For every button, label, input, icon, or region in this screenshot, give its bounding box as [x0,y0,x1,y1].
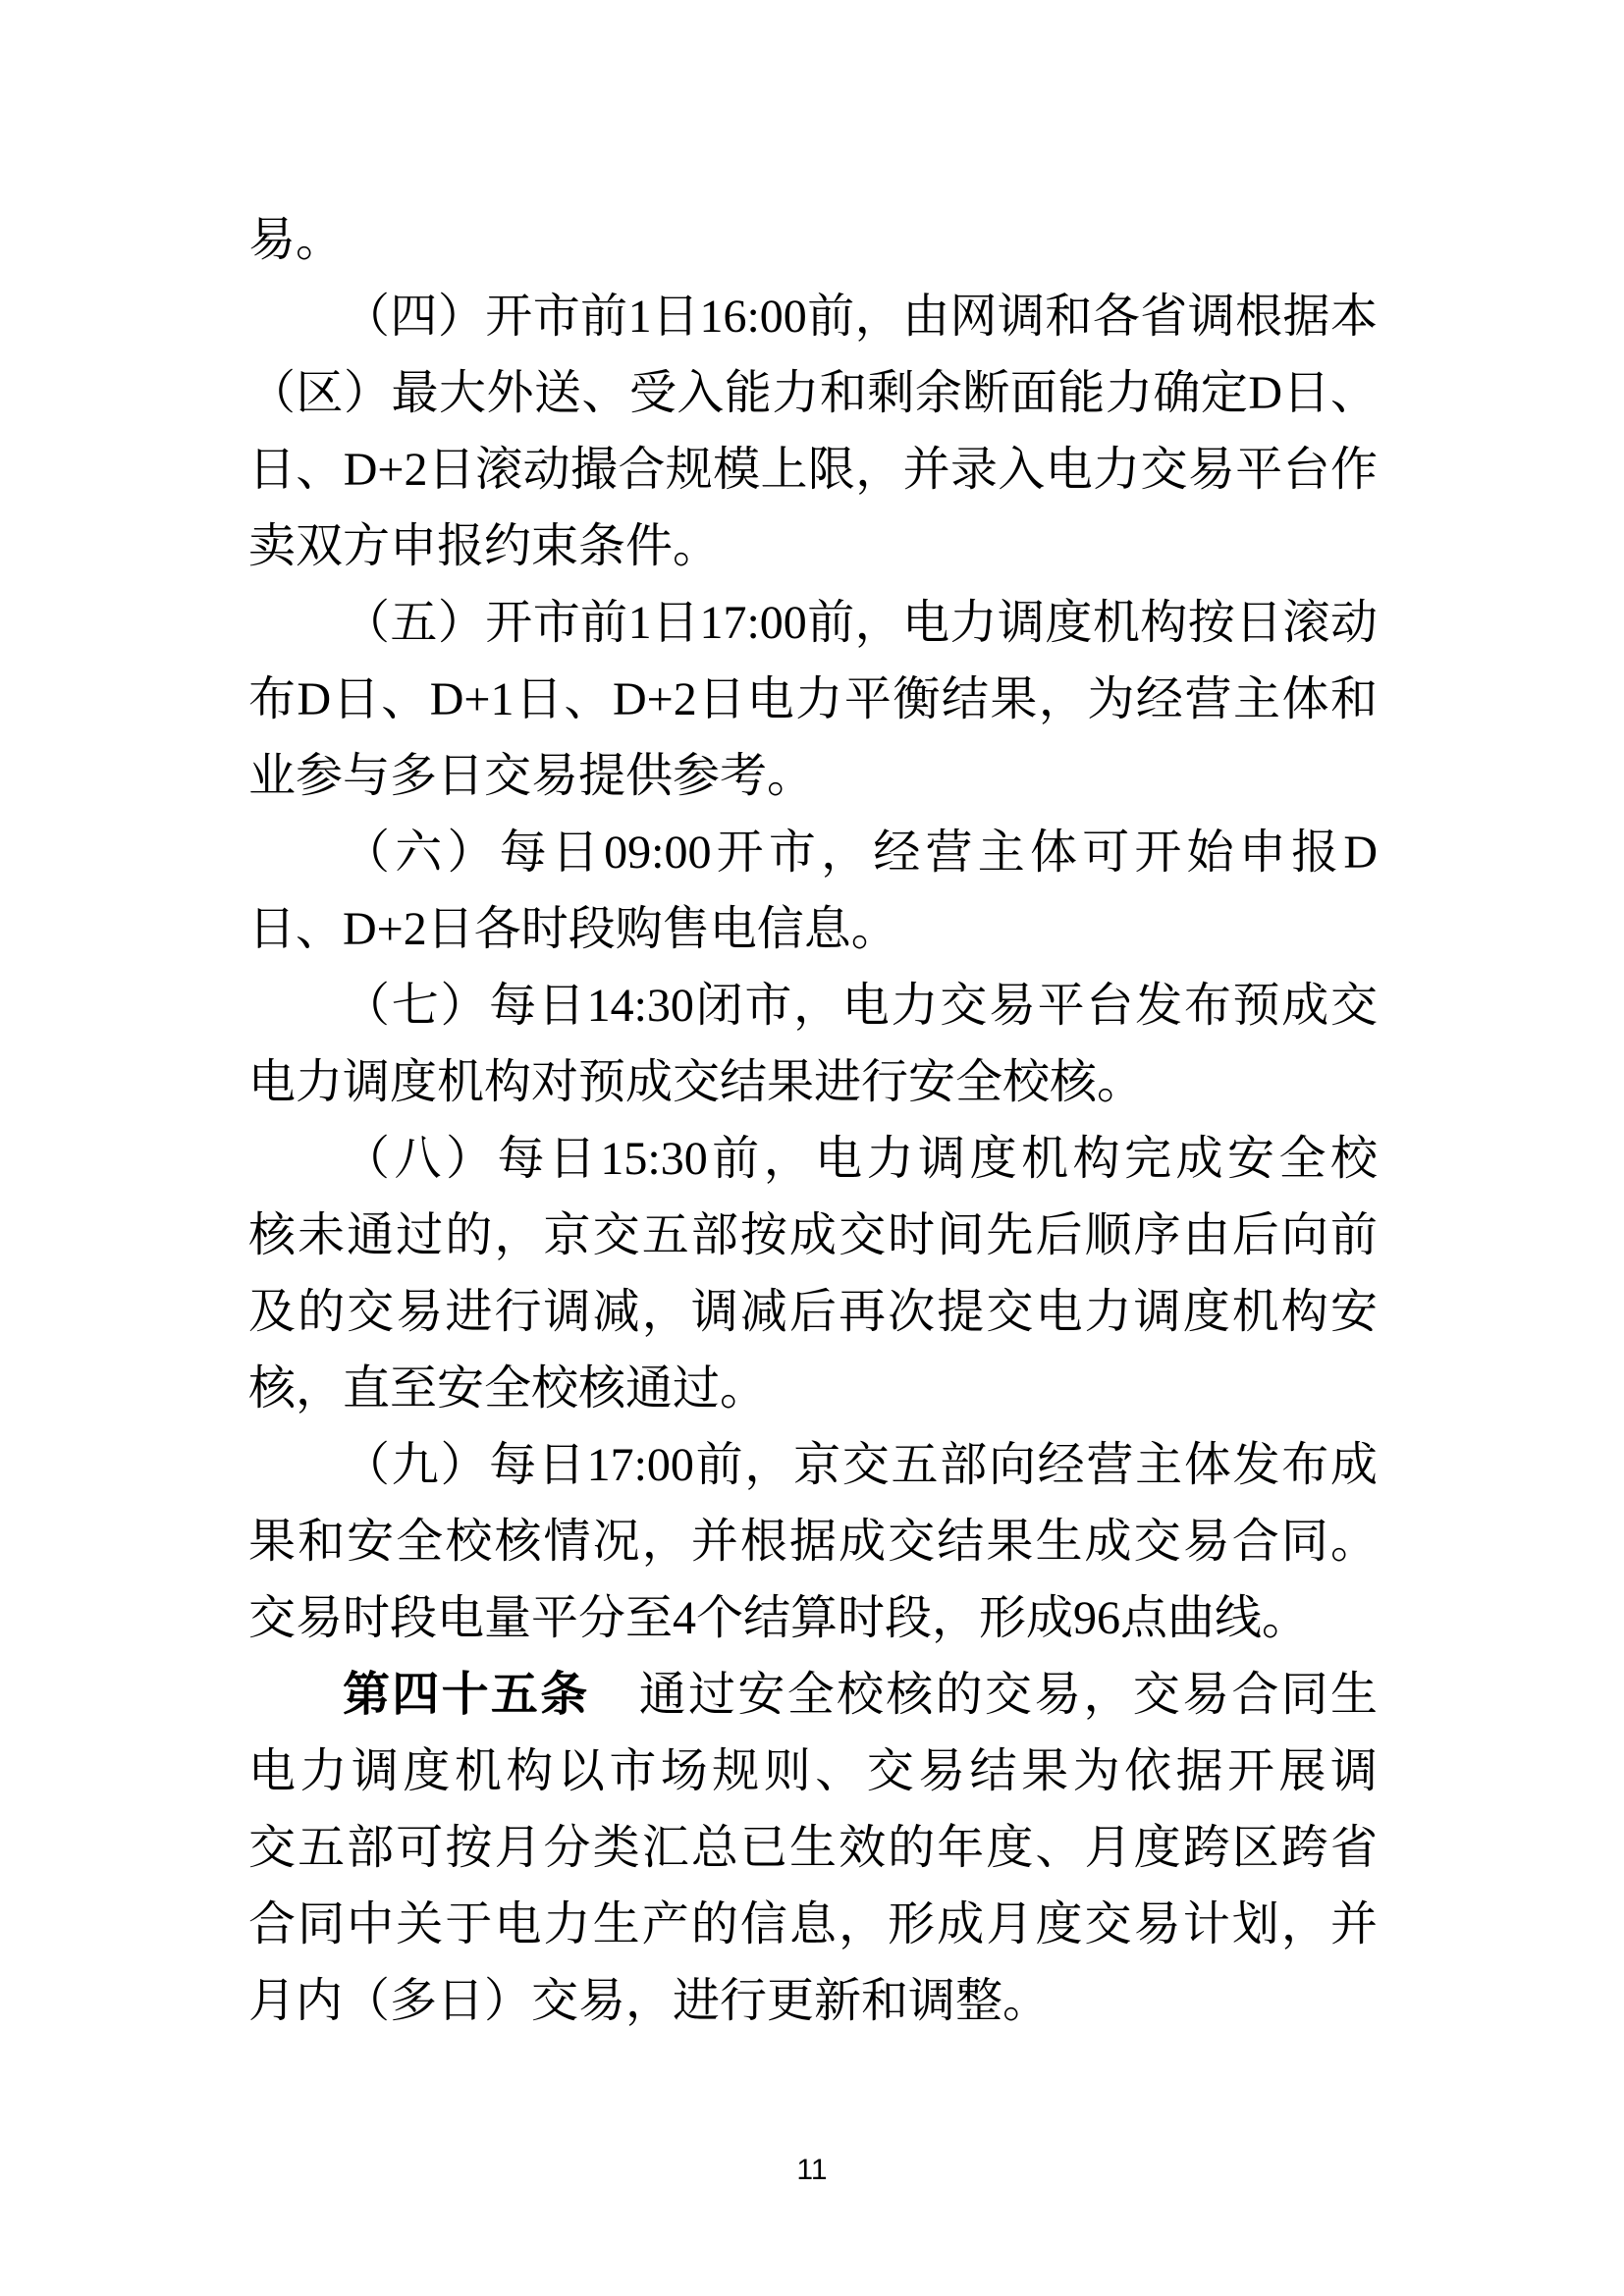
text-line: 电力调度机构以市场规则、交易结果为依据开展调度。京 [248,1734,1378,1810]
text-line: （八）每日15:30前，电力调度机构完成安全校核。校 [248,1121,1378,1198]
text-line: 日、D+2日滚动撮合规模上限，并录入电力交易平台作为买 [248,432,1378,508]
text-line-content: 果和安全校核情况，并根据成交结果生成交易合同。每个 [248,1516,1378,1580]
text-line: 交五部可按月分类汇总已生效的年度、月度跨区跨省交易 [248,1810,1378,1887]
text-line-content: 电力调度机构对预成交结果进行安全校核。 [248,1056,1144,1108]
text-line-content: 卖双方申报约束条件。 [248,520,720,572]
text-line: 交易时段电量平分至4个结算时段，形成96点曲线。 [248,1580,1378,1657]
text-line-content: 及的交易进行调减，调减后再次提交电力调度机构安全校 [248,1286,1378,1351]
text-line: （五）开市前1日17:00前，电力调度机构按日滚动发 [248,585,1378,662]
text-line-content: 合同中关于电力生产的信息，形成月度交易计划，并依据 [248,1898,1378,1963]
text-line-content: 业参与多日交易提供参考。 [248,750,814,802]
text-line-content: （五）开市前1日17:00前，电力调度机构按日滚动发 [343,597,1378,662]
text-line-content: （七）每日14:30闭市，电力交易平台发布预成交结果， [343,980,1378,1044]
text-line: 果和安全校核情况，并根据成交结果生成交易合同。每个 [248,1504,1378,1580]
text-line: 电力调度机构对预成交结果进行安全校核。 [248,1044,1378,1121]
page-footer: 11 [0,2153,1624,2188]
text-line-content: 交易时段电量平分至4个结算时段，形成96点曲线。 [248,1592,1309,1644]
document-page: 易。（四）开市前1日16:00前，由网调和各省调根据本省（区）最大外送、受入能力… [0,0,1624,2296]
text-line: （六）每日09:00开市，经营主体可开始申报D日、D+1 [248,815,1378,891]
text-line-content: 核未通过的，京交五部按成交时间先后顺序由后向前对涉 [248,1209,1378,1274]
text-line: 核，直至安全校核通过。 [248,1351,1378,1427]
text-line: 卖双方申报约束条件。 [248,508,1378,585]
text-line: 核未通过的，京交五部按成交时间先后顺序由后向前对涉 [248,1198,1378,1274]
text-line: （七）每日14:30闭市，电力交易平台发布预成交结果， [248,968,1378,1044]
text-line-content: 日、D+2日滚动撮合规模上限，并录入电力交易平台作为买 [248,444,1378,508]
text-line: 易。 [248,202,1378,279]
text-line-content: （六）每日09:00开市，经营主体可开始申报D日、D+1 [343,827,1378,891]
text-line-content: （区）最大外送、受入能力和剩余断面能力确定D日、D+1 [248,367,1378,432]
text-line: （四）开市前1日16:00前，由网调和各省调根据本省 [248,279,1378,355]
text-line-content: 月内（多日）交易，进行更新和调整。 [248,1975,1050,2027]
text-line: 日、D+2日各时段购售电信息。 [248,891,1378,968]
text-line: （九）每日17:00前，京交五部向经营主体发布成交结 [248,1427,1378,1504]
text-line-content: 日、D+2日各时段购售电信息。 [248,903,898,955]
article-heading: 第四十五条 [343,1669,590,1721]
text-line-content: 布D日、D+1日、D+2日电力平衡结果，为经营主体和电网企 [248,673,1378,738]
text-line-content: 易。 [248,214,343,266]
document-body: 易。（四）开市前1日16:00前，由网调和各省调根据本省（区）最大外送、受入能力… [248,202,1378,2040]
text-line-content: （四）开市前1日16:00前，由网调和各省调根据本省 [343,291,1378,355]
text-line: 及的交易进行调减，调减后再次提交电力调度机构安全校 [248,1274,1378,1351]
text-line: 第四十五条 通过安全校核的交易，交易合同生效。 [248,1657,1378,1734]
text-line: 月内（多日）交易，进行更新和调整。 [248,1963,1378,2040]
text-line: （区）最大外送、受入能力和剩余断面能力确定D日、D+1 [248,355,1378,432]
text-line: 布D日、D+1日、D+2日电力平衡结果，为经营主体和电网企 [248,662,1378,738]
text-line-content: （九）每日17:00前，京交五部向经营主体发布成交结 [343,1439,1378,1504]
text-line: 业参与多日交易提供参考。 [248,738,1378,815]
text-line: 合同中关于电力生产的信息，形成月度交易计划，并依据 [248,1887,1378,1963]
text-line-content: （八）每日15:30前，电力调度机构完成安全校核。校 [343,1133,1378,1198]
page-number: 11 [796,2154,827,2186]
text-line-content: 交五部可按月分类汇总已生效的年度、月度跨区跨省交易 [248,1822,1378,1887]
text-line-content: 核，直至安全校核通过。 [248,1362,767,1415]
text-line-content: 电力调度机构以市场规则、交易结果为依据开展调度。京 [248,1745,1378,1810]
